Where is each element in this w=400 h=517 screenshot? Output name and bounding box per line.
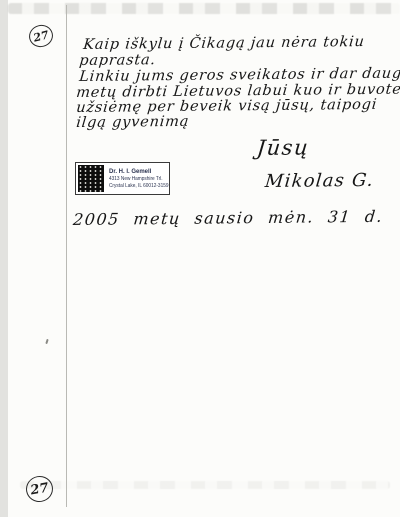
handwriting-line-6: ilgą gyvenimą <box>75 114 189 131</box>
scan-left-margin <box>0 0 8 517</box>
address-label: Dr. H. I. Gemell 4313 New Hampshire Trl.… <box>75 162 170 195</box>
handwriting-line-1: Kaip iškylu į Čikagą jau nėra tokiu <box>82 34 365 53</box>
address-street: 4313 New Hampshire Trl. <box>109 176 165 183</box>
address-label-text: Dr. H. I. Gemell 4313 New Hampshire Trl.… <box>106 163 169 194</box>
handwriting-line-5: užsiėmę per beveik visą jūsų, taipogi <box>75 97 377 116</box>
label-logo-stamp <box>78 165 104 192</box>
page-edge-line <box>66 5 67 507</box>
handwriting-line-2: paprasta. <box>78 52 156 69</box>
page-number-bottom: 27 <box>29 480 49 498</box>
letter-closing: Jūsų <box>256 135 311 160</box>
page-number-top: 27 <box>32 28 50 44</box>
address-city-state-zip: Crystal Lake, IL 60012-3159 <box>109 183 165 190</box>
address-name: Dr. H. I. Gemell <box>109 168 168 176</box>
signature: Mikolas G. <box>264 170 375 192</box>
date-line: 2005 metų sausio mėn. 31 d. <box>72 207 384 229</box>
scan-noise-band-bottom <box>20 481 390 489</box>
scanned-letter-page: { "page": { "page_number_top": "27", "pa… <box>0 0 400 517</box>
